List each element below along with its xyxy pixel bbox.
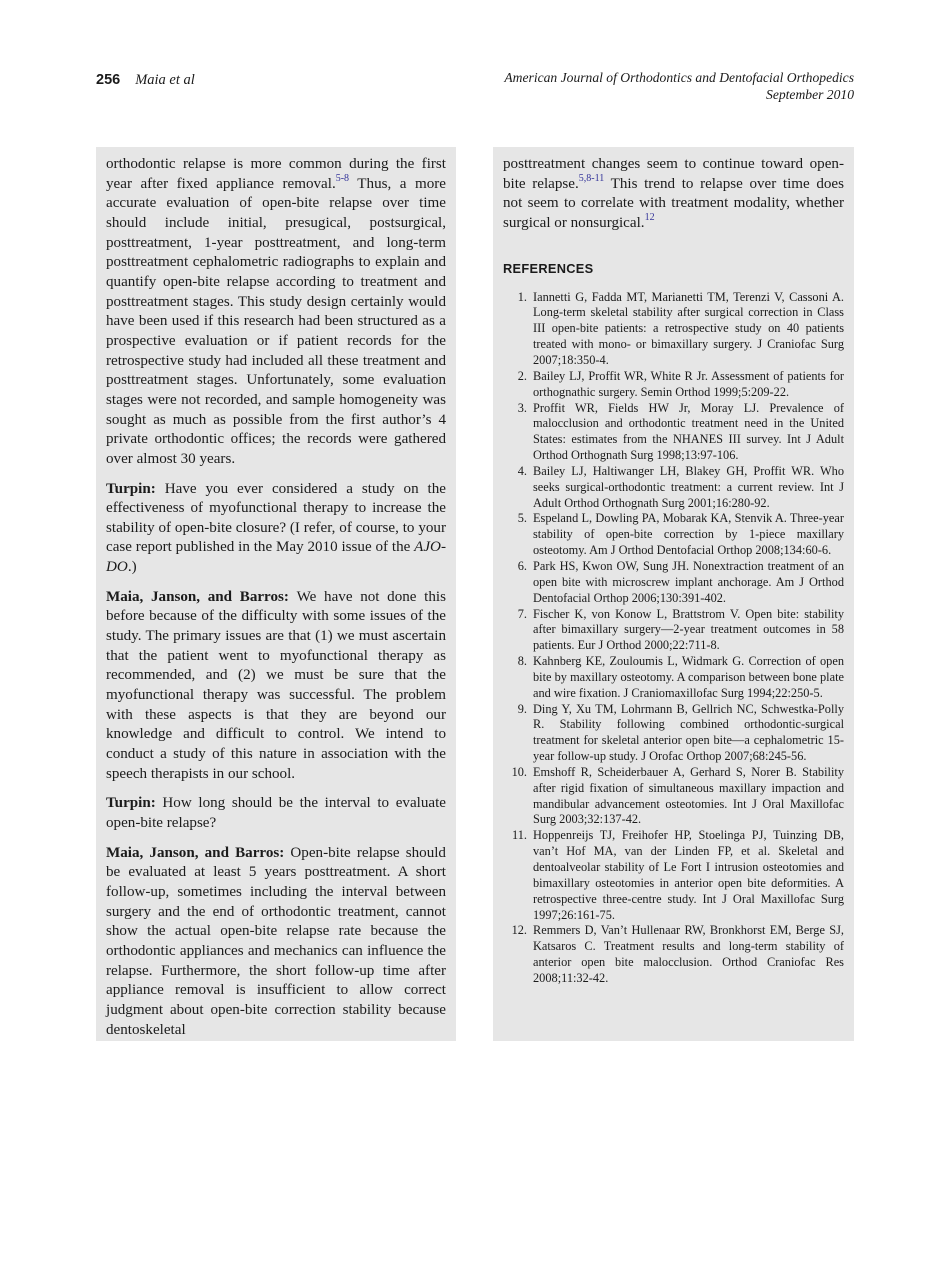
reference-text: Emshoff R, Scheiderbauer A, Gerhard S, N… <box>533 765 844 828</box>
reference-item: 5. Espeland L, Dowling PA, Mobarak KA, S… <box>503 511 844 559</box>
speaker-name: Turpin: <box>106 795 162 811</box>
reference-text: Remmers D, Van’t Hullenaar RW, Bronkhors… <box>533 923 844 986</box>
reference-item: 6. Park HS, Kwon OW, Sung JH. Nonextract… <box>503 559 844 607</box>
reference-number: 3. <box>503 401 527 464</box>
citation-superscript: 12 <box>645 212 655 223</box>
reference-number: 12. <box>503 923 527 986</box>
citation-superscript: 5-8 <box>336 173 349 184</box>
text-run: Thus, a more accurate evaluation of open… <box>106 176 446 467</box>
paragraph: orthodontic relapse is more common durin… <box>106 155 446 470</box>
journal-page: { "page": { "panel_color": "#e6e6e6", "c… <box>0 0 950 1272</box>
reference-text: Proffit WR, Fields HW Jr, Moray LJ. Prev… <box>533 401 844 464</box>
reference-item: 8. Kahnberg KE, Zouloumis L, Widmark G. … <box>503 654 844 702</box>
reference-item: 4. Bailey LJ, Haltiwanger LH, Blakey GH,… <box>503 464 844 512</box>
text-run: Open-bite relapse should be evaluated at… <box>106 845 446 1038</box>
reference-text: Park HS, Kwon OW, Sung JH. Nonextraction… <box>533 559 844 607</box>
right-column: posttreatment changes seem to continue t… <box>493 147 854 1041</box>
speaker-name: Maia, Janson, and Barros: <box>106 589 297 605</box>
issue-date: September 2010 <box>504 87 854 104</box>
page-header-left: 256Maia et al <box>96 71 195 89</box>
reference-number: 11. <box>503 828 527 923</box>
reference-item: 10. Emshoff R, Scheiderbauer A, Gerhard … <box>503 765 844 828</box>
reference-item: 3. Proffit WR, Fields HW Jr, Moray LJ. P… <box>503 401 844 464</box>
reference-item: 9. Ding Y, Xu TM, Lohrmann B, Gellrich N… <box>503 702 844 765</box>
reference-number: 4. <box>503 464 527 512</box>
journal-name: American Journal of Orthodontics and Den… <box>504 70 854 87</box>
reference-item: 12. Remmers D, Van’t Hullenaar RW, Bronk… <box>503 923 844 986</box>
reference-text: Bailey LJ, Haltiwanger LH, Blakey GH, Pr… <box>533 464 844 512</box>
reference-text: Iannetti G, Fadda MT, Marianetti TM, Ter… <box>533 290 844 369</box>
reference-item: 2. Bailey LJ, Proffit WR, White R Jr. As… <box>503 369 844 401</box>
paragraph: Maia, Janson, and Barros: Open-bite rela… <box>106 844 446 1041</box>
reference-number: 2. <box>503 369 527 401</box>
reference-text: Fischer K, von Konow L, Brattstrom V. Op… <box>533 607 844 655</box>
running-authors: Maia et al <box>135 72 195 88</box>
page-number: 256 <box>96 72 120 88</box>
reference-text: Hoppenreijs TJ, Freihofer HP, Stoelinga … <box>533 828 844 923</box>
left-column: orthodontic relapse is more common durin… <box>96 147 456 1041</box>
reference-text: Ding Y, Xu TM, Lohrmann B, Gellrich NC, … <box>533 702 844 765</box>
citation-superscript: 5,8-11 <box>579 173 604 184</box>
paragraph: Turpin: Have you ever considered a study… <box>106 480 446 578</box>
references-heading: REFERENCES <box>503 261 844 276</box>
reference-number: 5. <box>503 511 527 559</box>
page-header-right: American Journal of Orthodontics and Den… <box>504 70 854 103</box>
speaker-name: Turpin: <box>106 481 165 497</box>
reference-text: Bailey LJ, Proffit WR, White R Jr. Asses… <box>533 369 844 401</box>
paragraph: Turpin: How long should be the interval … <box>106 794 446 833</box>
reference-item: 11. Hoppenreijs TJ, Freihofer HP, Stoeli… <box>503 828 844 923</box>
text-run: We have not done this before because of … <box>106 589 446 782</box>
text-run: .) <box>128 559 137 575</box>
reference-number: 9. <box>503 702 527 765</box>
reference-item: 1. Iannetti G, Fadda MT, Marianetti TM, … <box>503 290 844 369</box>
reference-number: 1. <box>503 290 527 369</box>
reference-text: Espeland L, Dowling PA, Mobarak KA, Sten… <box>533 511 844 559</box>
paragraph: posttreatment changes seem to continue t… <box>503 155 844 234</box>
speaker-name: Maia, Janson, and Barros: <box>106 845 290 861</box>
reference-number: 8. <box>503 654 527 702</box>
reference-number: 10. <box>503 765 527 828</box>
reference-item: 7. Fischer K, von Konow L, Brattstrom V.… <box>503 607 844 655</box>
reference-text: Kahnberg KE, Zouloumis L, Widmark G. Cor… <box>533 654 844 702</box>
references-list: 1. Iannetti G, Fadda MT, Marianetti TM, … <box>503 290 844 987</box>
paragraph: Maia, Janson, and Barros: We have not do… <box>106 588 446 785</box>
reference-number: 7. <box>503 607 527 655</box>
reference-number: 6. <box>503 559 527 607</box>
